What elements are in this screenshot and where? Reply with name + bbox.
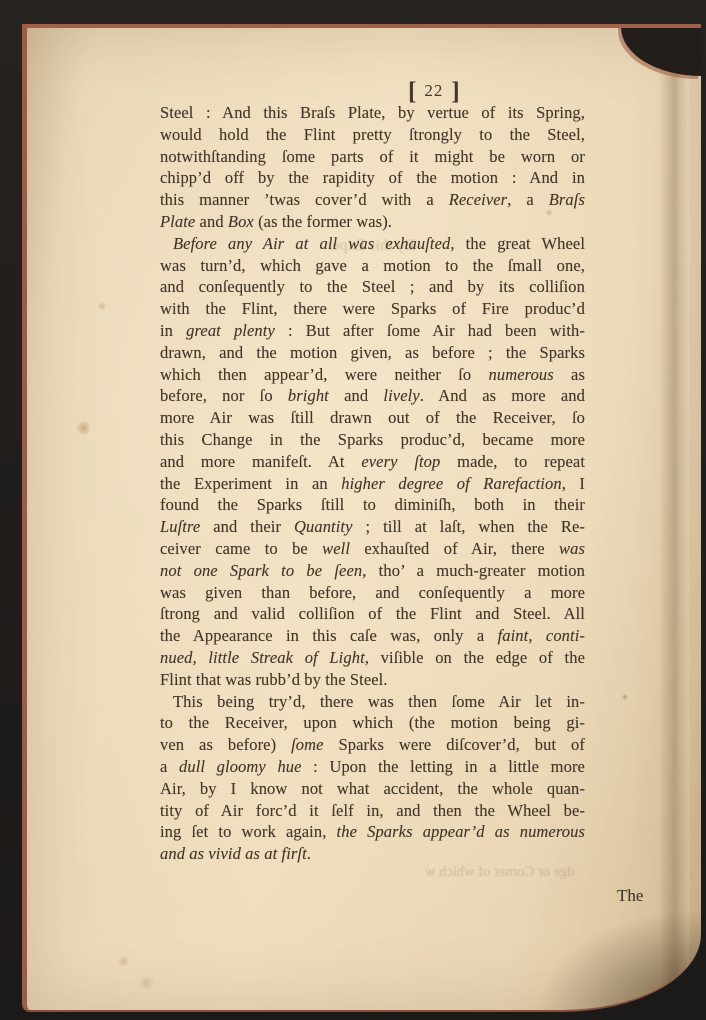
- italic-text: Before any Air at all was exhauſted: [173, 234, 450, 253]
- text-line: the Experiment in an higher degree of Ra…: [160, 473, 585, 495]
- italic-text: Receiver: [449, 190, 508, 209]
- roman-text: the Appearance in this caſe was, only a: [160, 626, 498, 645]
- roman-text: ſtrong and valid colliſion of the Flint …: [160, 604, 585, 623]
- scan-background: By this Exper dge or Corner of which w […: [0, 0, 706, 1020]
- text-line: was given than before, and conſequently …: [160, 582, 585, 604]
- text-line: a dull gloomy hue : Upon the letting in …: [160, 756, 585, 778]
- text-line: more Air was ſtill drawn out of the Rece…: [160, 407, 585, 429]
- italic-text: well: [322, 539, 350, 558]
- roman-text: before, nor ſo: [160, 386, 288, 405]
- roman-text: Steel : And this Braſs Plate, by vertue …: [160, 103, 585, 122]
- text-line: before, nor ſo bright and lively. And as…: [160, 385, 585, 407]
- text-line: ing ſet to work again, the Sparks appear…: [160, 821, 585, 843]
- roman-text: , I: [562, 474, 585, 493]
- roman-text: and: [195, 212, 228, 231]
- text-block: Steel : And this Braſs Plate, by vertue …: [160, 102, 585, 865]
- roman-text: chipp’d off by the rapidity of the motio…: [160, 168, 585, 187]
- roman-text: which then appear’d, were neither ſo: [160, 365, 489, 384]
- italic-text: ſome: [291, 735, 323, 754]
- text-line: ceiver came to be well exhauſted of Air,…: [160, 538, 585, 560]
- text-line: ſtrong and valid colliſion of the Flint …: [160, 603, 585, 625]
- roman-text: : Upon the letting in a little more: [302, 757, 585, 776]
- roman-text: , tho’ a much-greater motion: [362, 561, 585, 580]
- italic-text: Luſtre: [160, 517, 200, 536]
- text-line: tity of Air forc’d it ſelf in, and then …: [160, 800, 585, 822]
- text-line: would hold the Flint pretty ſtrongly to …: [160, 124, 585, 146]
- roman-text: was turn’d, which gave a motion to the ſ…: [160, 256, 585, 275]
- roman-text: ven as before): [160, 735, 291, 754]
- roman-text: more Air was ſtill drawn out of the Rece…: [160, 408, 585, 427]
- bracket-open-glyph: [: [408, 78, 416, 105]
- roman-text: would hold the Flint pretty ſtrongly to …: [160, 125, 585, 144]
- page-fold-shade: [659, 28, 689, 1010]
- roman-text: and more manifeſt. At: [160, 452, 361, 471]
- text-line: to the Receiver, upon which (the motion …: [160, 712, 585, 734]
- foxing-spot: [622, 694, 628, 700]
- roman-text: and conſequently to the Steel ; and by i…: [160, 277, 585, 296]
- text-line: with the Flint, there were Sparks of Fir…: [160, 298, 585, 320]
- page-number-value: 22: [424, 81, 443, 100]
- text-line: chipp’d off by the rapidity of the motio…: [160, 167, 585, 189]
- roman-text: This being try’d, there was then ſome Ai…: [173, 692, 585, 711]
- roman-text: ing ſet to work again,: [160, 822, 337, 841]
- roman-text: , the great Wheel: [450, 234, 585, 253]
- italic-text: Plate: [160, 212, 195, 231]
- roman-text: the Experiment in an: [160, 474, 341, 493]
- catchword: The: [617, 886, 643, 906]
- page-curl-shadow: [491, 880, 701, 1010]
- roman-text: and: [329, 386, 384, 405]
- italic-text: every ſtop: [361, 452, 440, 471]
- italic-text: and as vivid as at firſt: [160, 844, 307, 863]
- text-line: in great plenty : But after ſome Air had…: [160, 320, 585, 342]
- italic-text: faint, conti-: [498, 626, 585, 645]
- text-line: notwithſtanding ſome parts of it might b…: [160, 146, 585, 168]
- roman-text: exhauſted of Air, there: [350, 539, 559, 558]
- text-line: Before any Air at all was exhauſted, the…: [160, 233, 585, 255]
- italic-text: numerous: [489, 365, 554, 384]
- roman-text: a: [160, 757, 179, 776]
- roman-text: notwithſtanding ſome parts of it might b…: [160, 147, 585, 166]
- book-page: By this Exper dge or Corner of which w […: [22, 24, 701, 1012]
- text-line: and as vivid as at firſt.: [160, 843, 585, 865]
- text-line: the Appearance in this caſe was, only a …: [160, 625, 585, 647]
- text-line: Flint that was rubb’d by the Steel.: [160, 669, 585, 691]
- italic-text: Box: [228, 212, 254, 231]
- italic-text: Braſs: [549, 190, 585, 209]
- roman-text: and their: [200, 517, 294, 536]
- roman-text: with the Flint, there were Sparks of Fir…: [160, 299, 585, 318]
- roman-text: in: [160, 321, 186, 340]
- roman-text: ; till at laſt, when the Re-: [353, 517, 585, 536]
- italic-text: great plenty: [186, 321, 275, 340]
- text-line: this manner ’twas cover’d with a Receive…: [160, 189, 585, 211]
- italic-text: was: [559, 539, 585, 558]
- text-line: which then appear’d, were neither ſo num…: [160, 364, 585, 386]
- italic-text: dull gloomy hue: [179, 757, 302, 776]
- roman-text: found the Sparks ſtill to diminiſh, both…: [160, 495, 585, 514]
- roman-text: this Change in the Sparks produc’d, beca…: [160, 430, 585, 449]
- roman-text: (as the former was).: [254, 212, 392, 231]
- italic-text: not one Spark to be ſeen: [160, 561, 362, 580]
- text-line: ven as before) ſome Sparks were diſcover…: [160, 734, 585, 756]
- roman-text: Air, by I know not what accident, the wh…: [160, 779, 585, 798]
- roman-text: tity of Air forc’d it ſelf in, and then …: [160, 801, 585, 820]
- text-line: drawn, and the motion given, as before ;…: [160, 342, 585, 364]
- roman-text: , viſible on the edge of the: [365, 648, 585, 667]
- foxing-spot: [137, 976, 156, 989]
- text-line: Air, by I know not what accident, the wh…: [160, 778, 585, 800]
- italic-text: nued, little Streak of Light: [160, 648, 365, 667]
- foxing-spot: [97, 302, 107, 311]
- page-corner-shadow: [621, 24, 701, 76]
- text-line: Luſtre and their Quantity ; till at laſt…: [160, 516, 585, 538]
- roman-text: this manner ’twas cover’d with a: [160, 190, 449, 209]
- italic-text: higher degree of Rarefaction: [341, 474, 561, 493]
- italic-text: lively: [383, 386, 419, 405]
- roman-text: Flint that was rubb’d by the Steel.: [160, 670, 388, 689]
- roman-text: , a: [507, 190, 549, 209]
- italic-text: Quantity: [294, 517, 353, 536]
- roman-text: made, to repeat: [440, 452, 585, 471]
- roman-text: drawn, and the motion given, as before ;…: [160, 343, 585, 362]
- roman-text: to the Receiver, upon which (the motion …: [160, 713, 585, 732]
- roman-text: . And as more and: [420, 386, 585, 405]
- italic-text: bright: [288, 386, 329, 405]
- roman-text: as: [554, 365, 585, 384]
- text-line: nued, little Streak of Light, viſible on…: [160, 647, 585, 669]
- text-line: not one Spark to be ſeen, tho’ a much-gr…: [160, 560, 585, 582]
- bleedthrough-text: dge or Corner of which w: [425, 864, 574, 881]
- roman-text: was given than before, and conſequently …: [160, 583, 585, 602]
- roman-text: ceiver came to be: [160, 539, 322, 558]
- text-line: and conſequently to the Steel ; and by i…: [160, 276, 585, 298]
- foxing-spot: [117, 956, 130, 967]
- text-line: Plate and Box (as the former was).: [160, 211, 585, 233]
- text-line: and more manifeſt. At every ſtop made, t…: [160, 451, 585, 473]
- text-line: was turn’d, which gave a motion to the ſ…: [160, 255, 585, 277]
- italic-text: the Sparks appear’d as numerous: [337, 822, 585, 841]
- text-line: this Change in the Sparks produc’d, beca…: [160, 429, 585, 451]
- roman-text: Sparks were diſcover’d, but of: [324, 735, 585, 754]
- roman-text: : But after ſome Air had been with-: [275, 321, 585, 340]
- text-line: Steel : And this Braſs Plate, by vertue …: [160, 102, 585, 124]
- roman-text: .: [307, 844, 311, 863]
- text-line: found the Sparks ſtill to diminiſh, both…: [160, 494, 585, 516]
- foxing-spot: [75, 421, 92, 435]
- bracket-close-glyph: ]: [451, 78, 459, 105]
- text-line: This being try’d, there was then ſome Ai…: [160, 691, 585, 713]
